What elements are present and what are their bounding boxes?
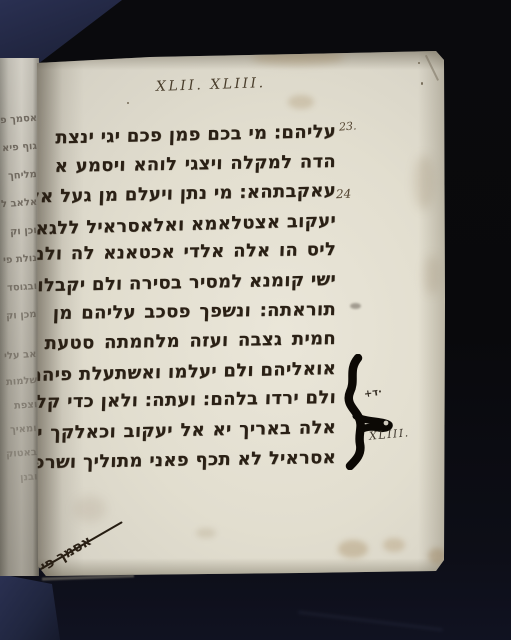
margin-ink-blot xyxy=(340,354,398,470)
stain xyxy=(383,538,405,552)
stain xyxy=(424,255,440,295)
book-cover-corner-top-left xyxy=(0,0,160,66)
manuscript-line: ליס הו אלה אלדי אכטאנא לה ולם xyxy=(63,235,336,269)
edge-text-fragment: באטוק xyxy=(6,447,38,460)
stain xyxy=(428,548,446,564)
stain xyxy=(288,95,314,109)
manuscript-line: אסראיל לא תכף פאני מתוליך ושרפת xyxy=(64,443,337,477)
edge-text-fragment: ומאיך xyxy=(10,423,37,436)
stain xyxy=(414,155,434,210)
stain xyxy=(252,50,344,65)
manuscript-line: אלה באריך יא אל יעקוב וכאלקך יא xyxy=(64,413,337,448)
margin-verse-number-24: 24 xyxy=(336,187,352,202)
stain xyxy=(338,540,368,558)
edge-text-fragment: מליחך xyxy=(8,169,38,182)
stain xyxy=(196,528,216,538)
manuscript-page: XLII. XLIII. עליהם: מי בכם פמן פכם יגי י… xyxy=(0,0,511,640)
background-highlight-streak xyxy=(298,611,442,631)
manuscript-line: ולם ירדו בלהם: ועתה: ולאן כדי קל xyxy=(63,383,336,417)
edge-text-fragment: ובגוסד xyxy=(7,281,38,294)
speck xyxy=(421,82,423,85)
stain xyxy=(74,496,106,522)
speck xyxy=(127,102,129,104)
margin-verse-number-23: 23. xyxy=(339,119,357,133)
edge-text-fragment: אסמך פ xyxy=(0,113,37,127)
edge-text-fragment: אלאב ל xyxy=(0,197,37,211)
edge-text-fragment: מכן וק xyxy=(6,309,37,322)
manuscript-line: חמית גצבה ועזה מלחמתה סטעת xyxy=(64,324,337,358)
edge-text-fragment: שלמות xyxy=(6,375,38,388)
manuscript-line: תוראתה: ונשפך פסכב עליהם מן xyxy=(63,295,336,328)
edge-text-fragment: ובנן xyxy=(19,471,37,483)
manuscript-line: הדה למקלה ויצגי לוהא ויסמע א xyxy=(64,147,337,181)
edge-text-fragment: גוף פיא xyxy=(2,141,38,154)
edge-text-fragment: וכן וק xyxy=(10,225,38,238)
edge-text-fragment: נולת פי xyxy=(3,253,38,266)
manuscript-text-block: עליהם: מי בכם פמן פכם יגי ינצת הדה למקלה… xyxy=(64,117,336,472)
edge-text-fragment: וצפת xyxy=(13,399,37,412)
edge-text-fragment: אב עלי xyxy=(4,349,37,362)
speck xyxy=(418,62,420,64)
manuscript-photo: אסמך פ גוף פיא מליחך אלאב ל וכן וק נולת … xyxy=(0,0,511,640)
facing-page-fore-edge: אסמך פ גוף פיא מליחך אלאב ל וכן וק נולת … xyxy=(0,58,39,576)
margin-smudge xyxy=(350,303,361,309)
